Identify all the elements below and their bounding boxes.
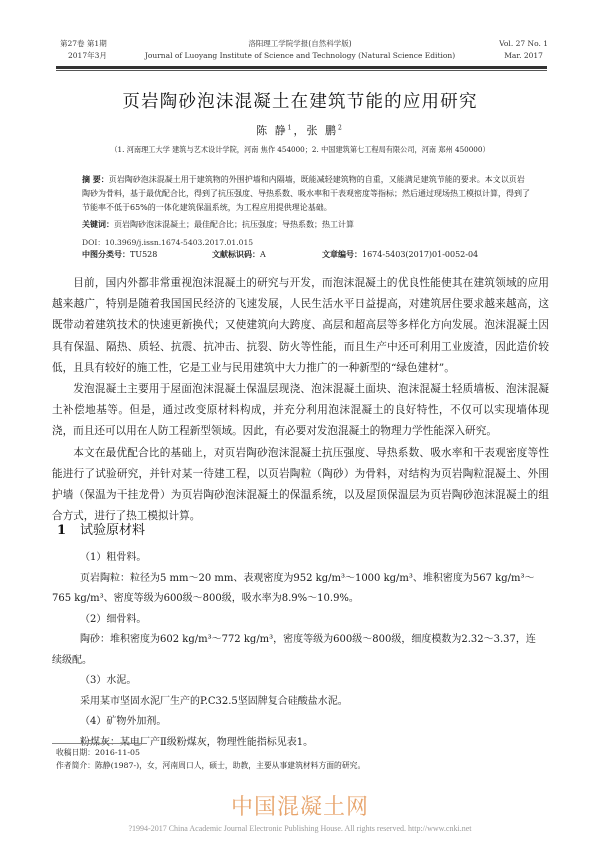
keywords-text: 页岩陶砂泡沫混凝土；最佳配合比；抗压强度；导热系数；热工计算 [114, 220, 354, 229]
body-paragraph: 发泡混凝土主要用于屋面泡沫混凝土保温层现浇、泡沫混凝土面块、泡沫混凝土轻质墙板、… [52, 379, 549, 443]
materials-list: （1）粗骨料。 页岩陶粒：粒径为5 mm～20 mm、表观密度为952 kg/m… [52, 548, 549, 753]
keywords: 关键词：页岩陶砂泡沫混凝土；最佳配合比；抗压强度；导热系数；热工计算 [82, 219, 542, 230]
header-rule-thin [56, 70, 547, 71]
running-header-vol-en: Vol. 27 No. 1 Mar. 2017 [499, 38, 548, 62]
header-rule-thick [56, 66, 547, 69]
author-affil-mark: 2 [338, 124, 344, 131]
doc-code-label: 文献标识码： [212, 249, 260, 259]
doc-code: A [260, 250, 266, 259]
author-separator: ， [294, 124, 307, 137]
author-list: 陈 静1，张 鹏2 [0, 122, 600, 138]
affiliations: （1. 河南理工大学 建筑与艺术设计学院，河南 焦作 454000；2. 中国建… [0, 145, 600, 155]
paper-title: 页岩陶砂泡沫混凝土在建筑节能的应用研究 [0, 88, 600, 113]
keywords-label: 关键词： [82, 219, 114, 229]
clc-label: 中图分类号： [82, 249, 130, 259]
clc-code: TU528 [130, 250, 157, 259]
material-text: 765 kg/m³、密度等级为600级～800级，吸水率为8.9%～10.9%。 [52, 589, 549, 610]
vol-no: Vol. 27 No. 1 [499, 38, 548, 50]
section-title: 试验原材料 [80, 523, 145, 538]
body-paragraph: 目前，国内外都非常重视泡沫混凝土的研究与开发，而泡沫混凝土的优良性能使其在建筑领… [52, 273, 549, 379]
doi: DOI：10.3969/j.issn.1674-5403.2017.01.015 [82, 237, 253, 248]
watermark-logo: 中国混凝土网 [0, 790, 600, 821]
abstract-text: 页岩陶砂泡沫混凝土用于建筑物的外围护墙和内隔墙，既能减轻建筑物的自重，又能满足建… [82, 175, 530, 212]
body-paragraph: 本文在最优配合比的基础上，对页岩陶砂泡沫混凝土抗压强度、导热系数、吸水率和干表观… [52, 443, 549, 528]
section-number: 1 [57, 523, 66, 538]
footnote-rule [52, 743, 147, 744]
abstract-label: 摘 要： [82, 174, 109, 184]
author-bio: 作者简介：陈静(1987-)，女，河南周口人，硕士，助教，主要从事建筑材料方面的… [56, 759, 365, 772]
author-name: 陈 静 [256, 124, 288, 137]
article-no: 1674-5403(2017)01-0052-04 [362, 250, 478, 259]
material-text: 页岩陶粒：粒径为5 mm～20 mm、表观密度为952 kg/m³～1000 k… [52, 569, 549, 590]
month-year: Mar. 2017 [499, 50, 548, 62]
section-heading: 1试验原材料 [57, 519, 145, 538]
material-label: （2）细骨料。 [52, 610, 549, 631]
material-text: 采用某市坚固水泥厂生产的P.C32.5坚固牌复合硅酸盐水泥。 [52, 692, 549, 713]
abstract: 摘 要：页岩陶砂泡沫混凝土用于建筑物的外围护墙和内隔墙，既能减轻建筑物的自重，又… [82, 172, 532, 215]
body-text: 目前，国内外都非常重视泡沫混凝土的研究与开发，而泡沫混凝土的优良性能使其在建筑领… [52, 273, 549, 527]
classification-line: 中图分类号：TU528文献标识码：A文章编号：1674-5403(2017)01… [82, 249, 542, 260]
material-label: （4）矿物外加剂。 [52, 712, 549, 733]
received-date: 收稿日期：2016-11-05 [56, 746, 365, 759]
material-label: （1）粗骨料。 [52, 548, 549, 569]
footnote: 收稿日期：2016-11-05 作者简介：陈静(1987-)，女，河南周口人，硕… [56, 746, 365, 772]
material-text: 续级配。 [52, 651, 549, 672]
article-no-label: 文章编号： [322, 249, 362, 259]
material-text: 陶砂：堆积密度为602 kg/m³～772 kg/m³，密度等级为600级～80… [52, 630, 549, 651]
copyright-line: ?1994-2017 China Academic Journal Electr… [0, 824, 600, 833]
material-label: （3）水泥。 [52, 671, 549, 692]
author-name: 张 鹏 [307, 124, 339, 137]
